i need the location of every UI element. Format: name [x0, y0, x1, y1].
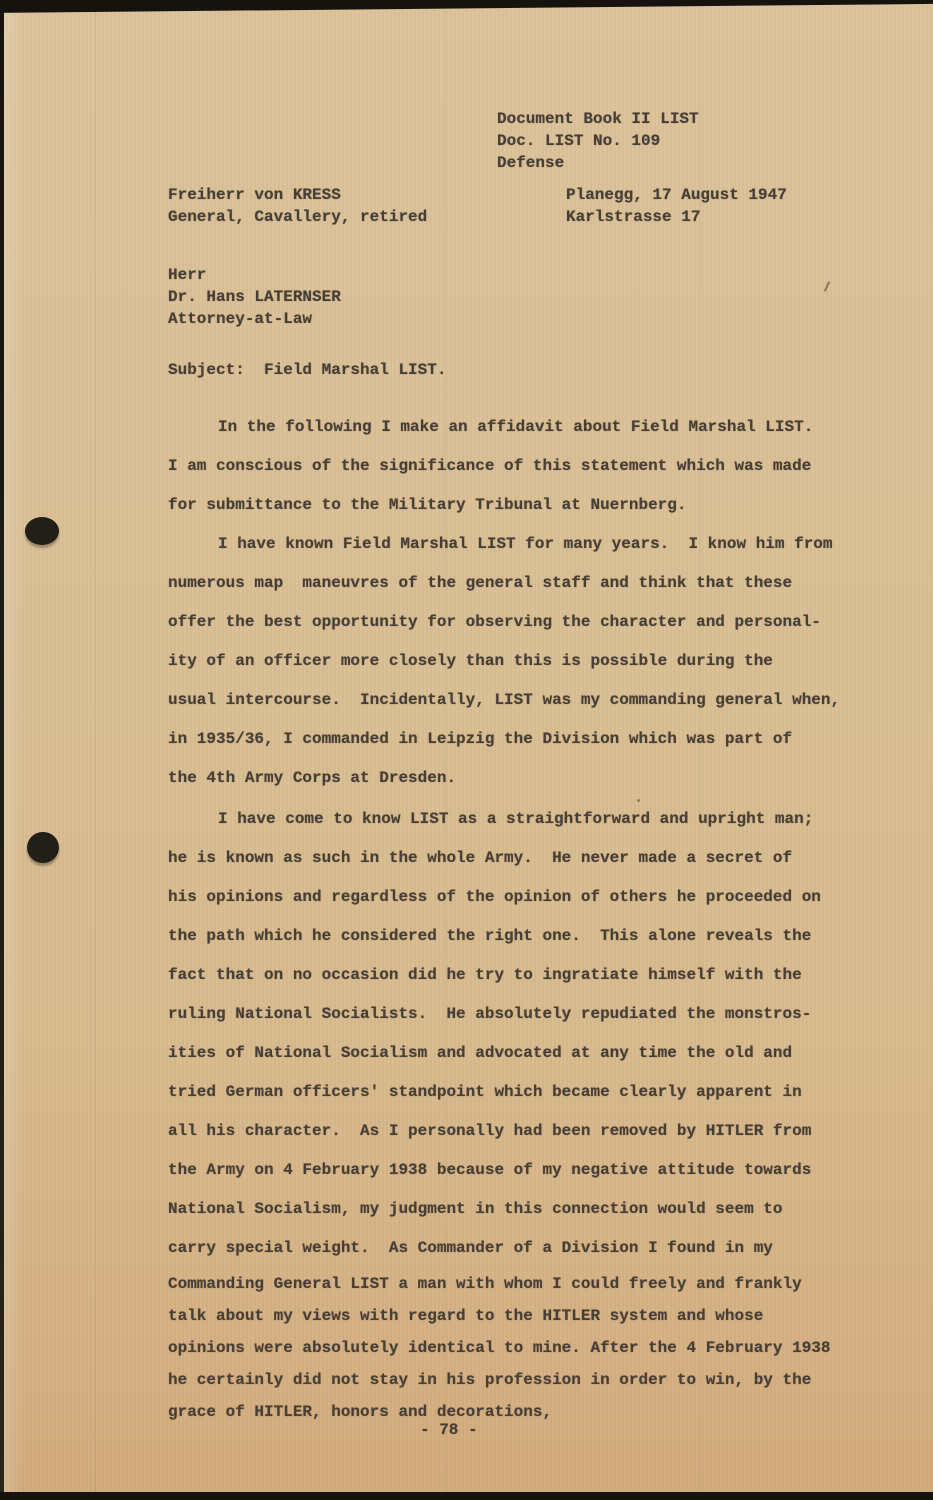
text-line: all his character. As I personally had b… — [168, 1112, 821, 1151]
text-line: I am conscious of the significance of th… — [168, 447, 813, 486]
scan-edge-left — [0, 0, 4, 1500]
text-line: his opinions and regardless of the opini… — [168, 878, 821, 917]
text-line: numerous map maneuvres of the general st… — [168, 564, 840, 603]
text-line: grace of HITLER, honors and decorations, — [168, 1396, 831, 1428]
text-line: National Socialism, my judgment in this … — [168, 1190, 821, 1229]
text-line: In the following I make an affidavit abo… — [168, 408, 813, 447]
text-line: the Army on 4 February 1938 because of m… — [168, 1151, 821, 1190]
text-line: Herr — [168, 264, 341, 286]
text-line: fact that on no occasion did he try to i… — [168, 956, 821, 995]
document-header: Document Book II LISTDoc. LIST No. 109De… — [497, 108, 699, 174]
text-line: offer the best opportunity for observing… — [168, 603, 840, 642]
text-line: he certainly did not stay in his profess… — [168, 1364, 831, 1396]
text-line: the path which he considered the right o… — [168, 917, 821, 956]
text-line: tried German officers' standpoint which … — [168, 1073, 821, 1112]
body-paragraph-2: I have known Field Marshal LIST for many… — [168, 525, 840, 798]
text-line: for submittance to the Military Tribunal… — [168, 486, 813, 525]
text-line: Dr. Hans LATERNSER — [168, 286, 341, 308]
text-line: the 4th Army Corps at Dresden. — [168, 759, 840, 798]
body-paragraph-1: In the following I make an affidavit abo… — [168, 408, 813, 525]
scan-edge-bottom — [0, 1492, 933, 1500]
scan-edge-top — [0, 0, 933, 14]
body-paragraph-3-continued: Commanding General LIST a man with whom … — [168, 1268, 831, 1428]
sender-block: Freiherr von KRESSGeneral, Cavallery, re… — [168, 184, 427, 228]
text-line: carry special weight. As Commander of a … — [168, 1229, 821, 1268]
punch-hole-top — [25, 517, 59, 545]
text-line: Commanding General LIST a man with whom … — [168, 1268, 831, 1300]
text-line: General, Cavallery, retired — [168, 206, 427, 228]
text-line: opinions were absolutely identical to mi… — [168, 1332, 831, 1364]
paper-crease — [95, 0, 96, 1500]
text-line: ities of National Socialism and advocate… — [168, 1034, 821, 1073]
text-line: Attorney-at-Law — [168, 308, 341, 330]
text-line: Defense — [497, 152, 699, 174]
text-line: Karlstrasse 17 — [566, 206, 787, 228]
stray-pen-mark — [824, 281, 830, 292]
text-line: Freiherr von KRESS — [168, 184, 427, 206]
body-paragraph-3: I have come to know LIST as a straightfo… — [168, 800, 821, 1268]
text-line: Doc. LIST No. 109 — [497, 130, 699, 152]
text-line: ruling National Socialists. He absolutel… — [168, 995, 821, 1034]
subject-line: Subject: Field Marshal LIST. — [168, 359, 446, 381]
text-line: I have come to know LIST as a straightfo… — [168, 800, 821, 839]
text-line: ity of an officer more closely than this… — [168, 642, 840, 681]
punch-hole-bottom — [27, 832, 59, 863]
page-number: - 78 - — [420, 1419, 478, 1441]
text-line: I have known Field Marshal LIST for many… — [168, 525, 840, 564]
text-line: he is known as such in the whole Army. H… — [168, 839, 821, 878]
text-line: in 1935/36, I commanded in Leipzig the D… — [168, 720, 840, 759]
document-page: Document Book II LISTDoc. LIST No. 109De… — [0, 0, 933, 1500]
dateline-block: Planegg, 17 August 1947Karlstrasse 17 — [566, 184, 787, 228]
paper-edge-highlight — [4, 0, 30, 1500]
text-line: Document Book II LIST — [497, 108, 699, 130]
recipient-block: HerrDr. Hans LATERNSERAttorney-at-Law — [168, 264, 341, 330]
text-line: usual intercourse. Incidentally, LIST wa… — [168, 681, 840, 720]
text-line: talk about my views with regard to the H… — [168, 1300, 831, 1332]
text-line: Planegg, 17 August 1947 — [566, 184, 787, 206]
